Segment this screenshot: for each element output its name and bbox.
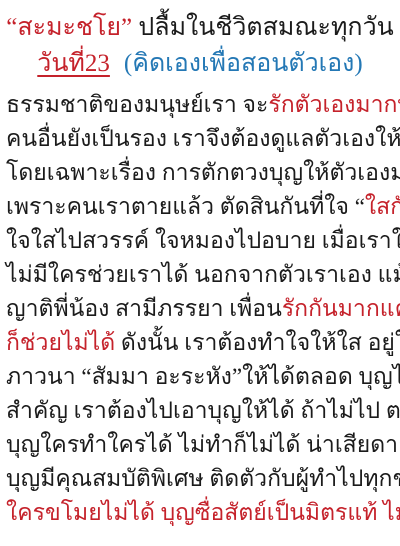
text-segment: ไม่มีใครช่วยเราได้ นอกจากตัวเราเอง แม้พ่… (6, 262, 400, 287)
text-segment: คนอื่นยังเป็นรอง เราจึงต้องดูแลตัวเองให้… (6, 126, 400, 151)
subtitle-annotation: (คิดเองเพื่อสอนตัวเอง) (124, 50, 363, 77)
text-segment: เพราะคนเราตายแล้ว ตัดสินกันที่ใจ “ (6, 194, 365, 219)
text-segment: โดยเฉพาะเรื่อง การตักตวงบุญให้ตัวเองมากท… (6, 160, 400, 185)
title-quoted-name: “สะมะชโย” (6, 14, 132, 41)
text-line: ไม่มีใครช่วยเราได้ นอกจากตัวเราเอง แม้พ่… (6, 258, 394, 292)
text-line: เพราะคนเราตายแล้ว ตัดสินกันที่ใจ “ใสกับห… (6, 190, 394, 224)
text-line: ธรรมชาติของมนุษย์เรา จะรักตัวเองมากที่สุ… (6, 88, 394, 122)
body-text: ธรรมชาติของมนุษย์เรา จะรักตัวเองมากที่สุ… (6, 88, 394, 530)
text-segment: ใสกับหมอง (365, 194, 400, 219)
text-segment: สำคัญ เราต้องไปเอาบุญให้ได้ ถ้าไม่ไป ตกบ… (6, 398, 400, 423)
text-segment: ดังนั้น เราต้องทำใจให้ใส อยู่ในบุญ (115, 330, 400, 355)
page-title: “สะมะชโย” ปลื้มในชีวิตสมณะทุกวัน (6, 10, 394, 46)
text-segment: บุญมีคุณสมบัติพิเศษ ติดตัวกับผู้ทำไปทุกช… (6, 466, 400, 491)
text-line: คนอื่นยังเป็นรอง เราจึงต้องดูแลตัวเองให้… (6, 122, 394, 156)
text-line: สำคัญ เราต้องไปเอาบุญให้ได้ ถ้าไม่ไป ตกบ… (6, 394, 394, 428)
text-line: ภาวนา “สัมมา อะระหัง”ให้ได้ตลอด บุญไหน?- (6, 360, 394, 394)
text-segment: ใครขโมยไม่ได้ บุญซื่อสัตย์เป็นมิตรแท้ ไม… (6, 500, 400, 525)
text-segment: บุญใครทำใครได้ ไม่ทำก็ไม่ได้ น่าเสียดาย … (6, 432, 400, 457)
text-line: โดยเฉพาะเรื่อง การตักตวงบุญให้ตัวเองมากท… (6, 156, 394, 190)
text-line: บุญมีคุณสมบัติพิเศษ ติดตัวกับผู้ทำไปทุกช… (6, 462, 394, 496)
text-segment: ก็ช่วยไม่ได้ (6, 330, 115, 355)
text-segment: รักตัวเองมากที่สุด (268, 92, 400, 117)
page-subtitle: วันที่23(คิดเองเพื่อสอนตัวเอง) (6, 46, 394, 82)
text-segment: ธรรมชาติของมนุษย์เรา จะ (6, 92, 268, 117)
title-tail: ปลื้มในชีวิตสมณะทุกวัน (132, 14, 394, 41)
text-line: ญาติพี่น้อง สามีภรรยา เพื่อนรักกันมากแค่… (6, 292, 394, 326)
text-line: บุญใครทำใครได้ ไม่ทำก็ไม่ได้ น่าเสียดาย … (6, 428, 394, 462)
text-segment: ญาติพี่น้อง สามีภรรยา เพื่อน (6, 296, 282, 321)
date-label: วันที่23 (37, 50, 110, 77)
text-segment: ภาวนา “สัมมา อะระหัง”ให้ได้ตลอด บุญไหน?- (6, 364, 400, 389)
text-line: ใครขโมยไม่ได้ บุญซื่อสัตย์เป็นมิตรแท้ ไม… (6, 496, 394, 530)
text-segment: ใจใสไปสวรรค์ ใจหมองไปอบาย เมื่อเราใกล้ตา… (6, 228, 400, 253)
document-page: “สะมะชโย” ปลื้มในชีวิตสมณะทุกวัน วันที่2… (0, 0, 400, 546)
text-segment: รักกันมากแค่ไหน? (282, 296, 400, 321)
text-line: ใจใสไปสวรรค์ ใจหมองไปอบาย เมื่อเราใกล้ตา… (6, 224, 394, 258)
text-line: ก็ช่วยไม่ได้ ดังนั้น เราต้องทำใจให้ใส อย… (6, 326, 394, 360)
